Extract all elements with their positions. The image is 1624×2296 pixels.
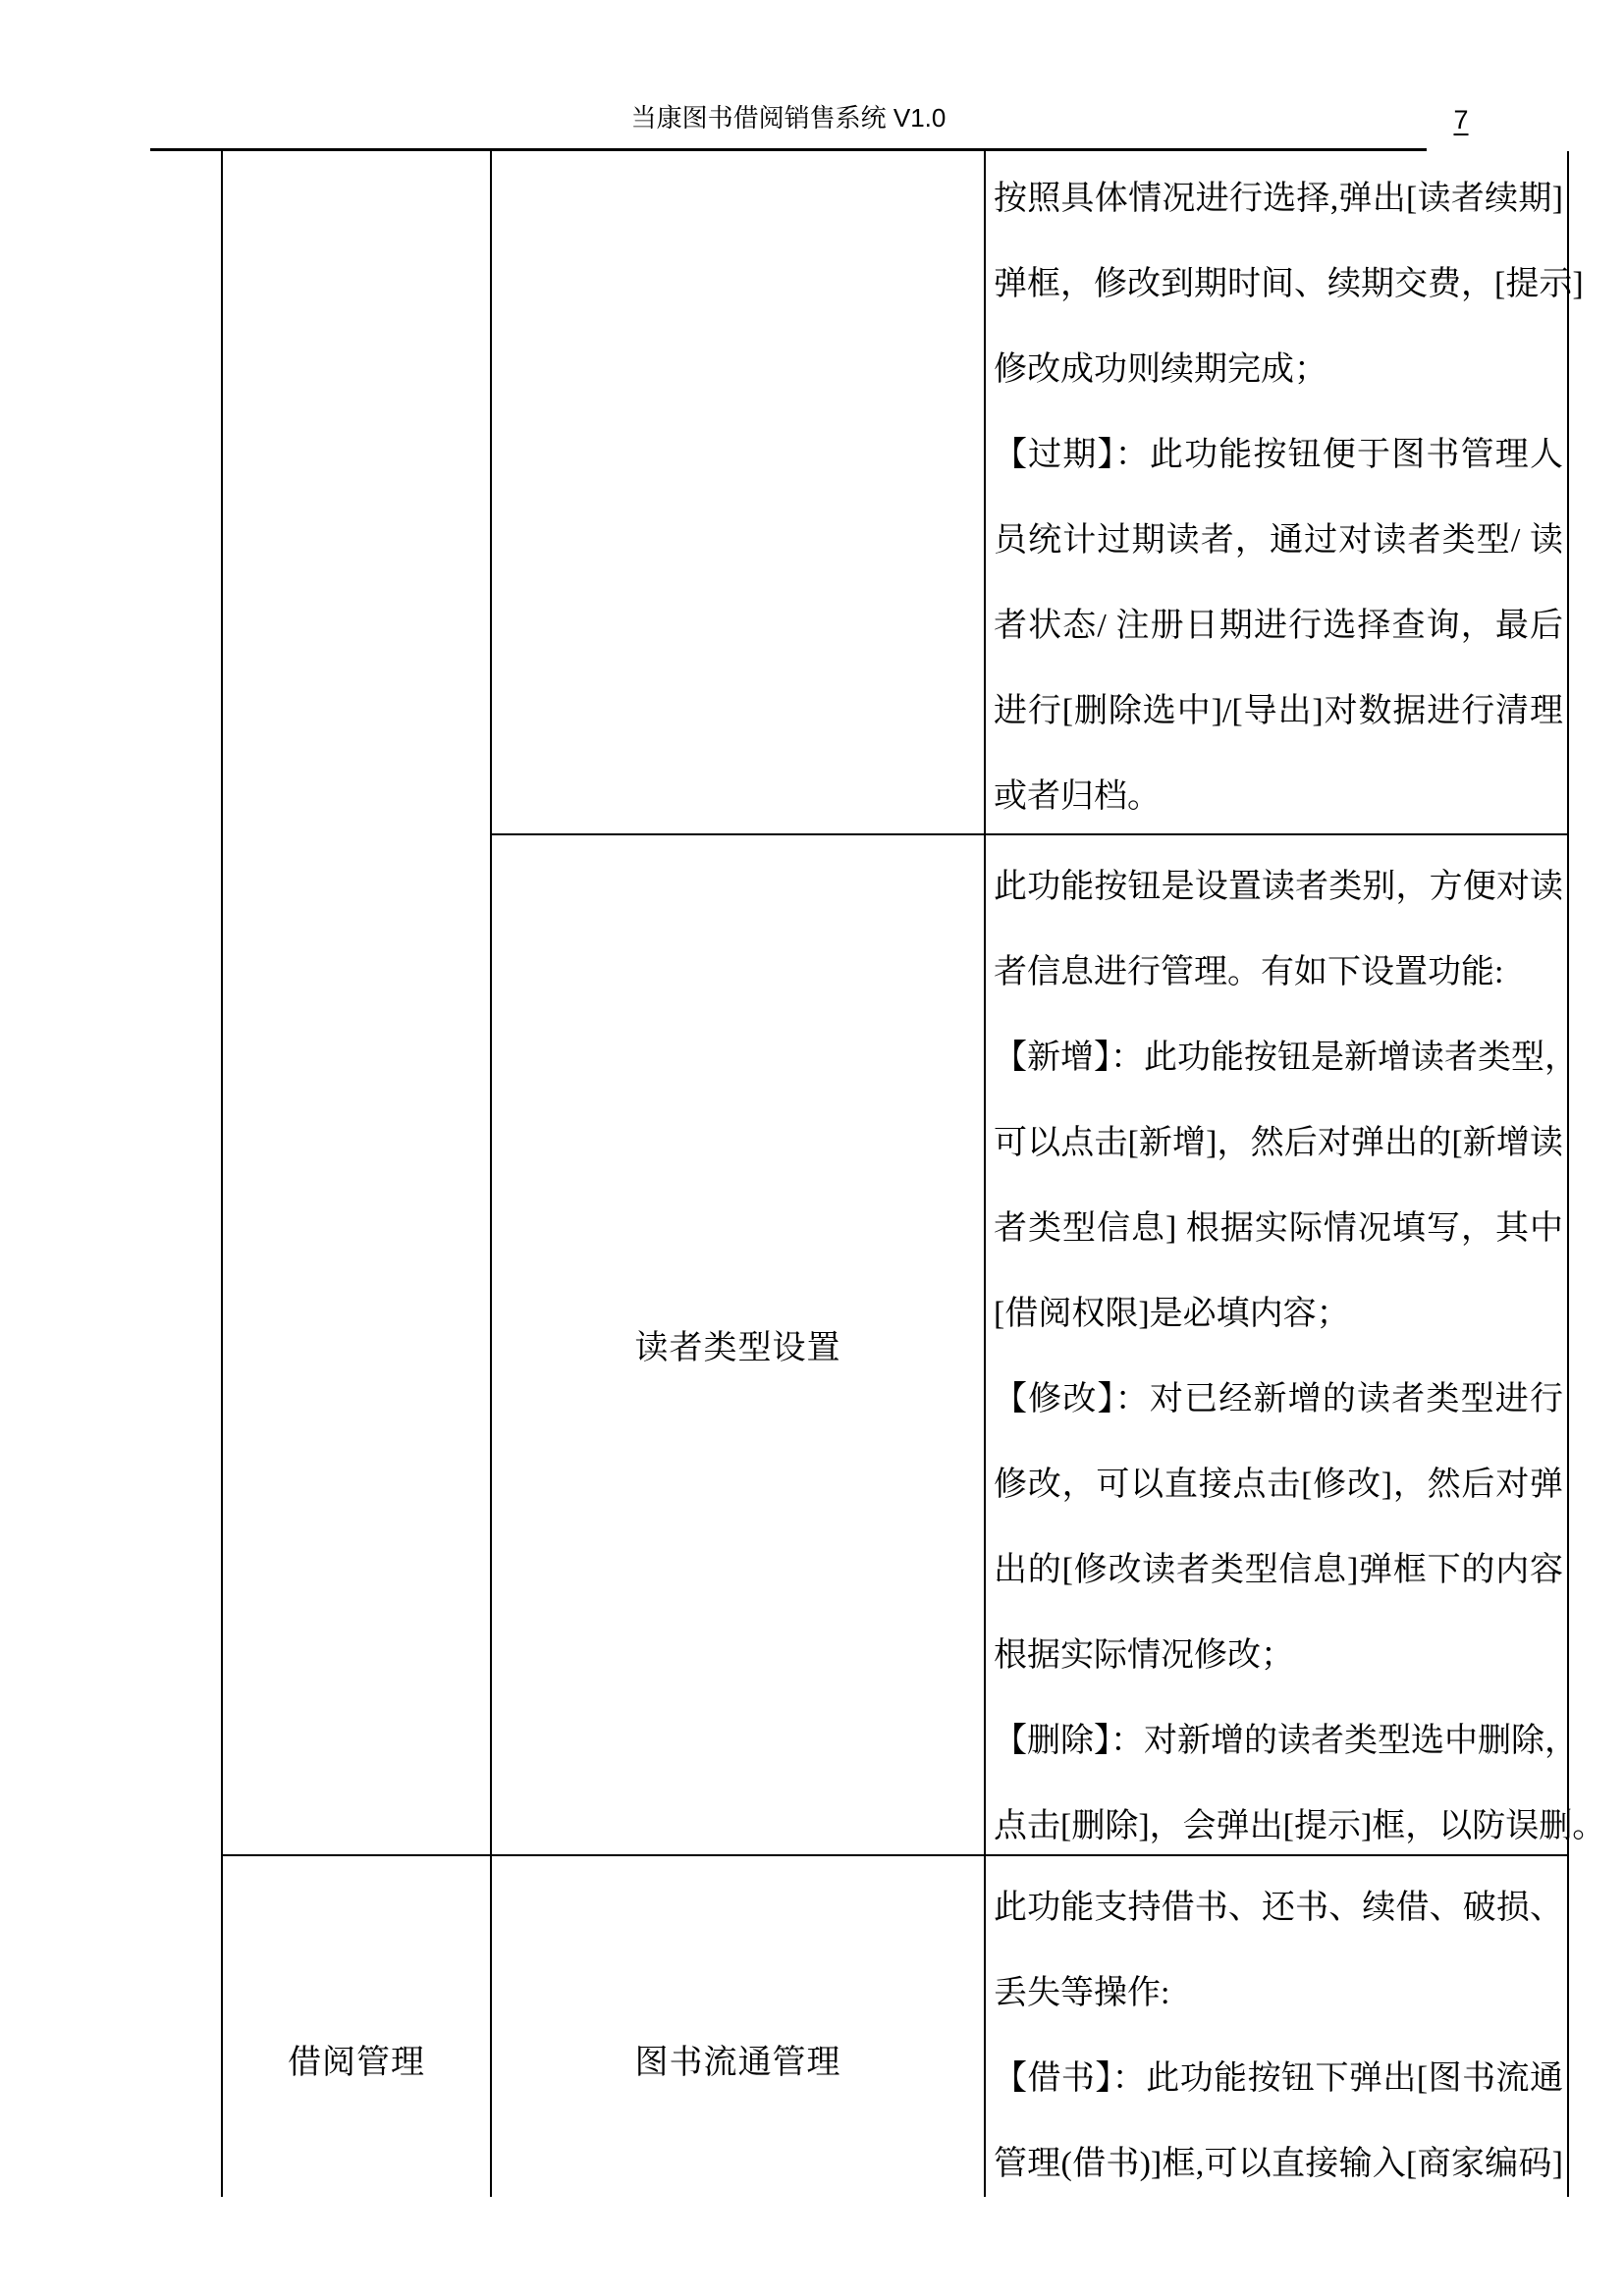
cell-description-row3: 此功能支持借书、还书、续借、破损、丢失等操作:【借书】：此功能按钮下弹出[图书流… [994, 1865, 1563, 2207]
description-line: 【过期】：此功能按钮便于图书管理人 [994, 412, 1563, 498]
page-number: 7 [1443, 100, 1479, 139]
header-title: 当康图书借阅销售系统 V1.0 [150, 98, 1427, 137]
description-line: 点击[删除]，会弹出[提示]框，以防误删。 [994, 1784, 1563, 1869]
table-border-col3 [984, 151, 986, 2197]
description-line: 【修改】：对已经新增的读者类型进行 [994, 1357, 1563, 1442]
description-line: 根据实际情况修改； [994, 1613, 1563, 1698]
description-line: 者类型信息] 根据实际情况填写，其中 [994, 1186, 1563, 1271]
description-line: 修改成功则续期完成； [994, 327, 1563, 412]
cell-submodule-reader-type-settings: 读者类型设置 [492, 833, 984, 1854]
description-line: 出的[修改读者类型信息]弹框下的内容 [994, 1527, 1563, 1613]
description-line: 【新增】：此功能按钮是新增读者类型， [994, 1015, 1563, 1100]
cell-module-borrow-management: 借阅管理 [223, 2042, 490, 2085]
description-line: 弹框，修改到期时间、续期交费，[提示] [994, 241, 1563, 327]
description-line: 管理(借书)]框,可以直接输入[商家编码] [994, 2121, 1563, 2207]
description-line: 修改，可以直接点击[修改]，然后对弹 [994, 1442, 1563, 1527]
description-line: 【借书】：此功能按钮下弹出[图书流通 [994, 2036, 1563, 2121]
description-line: 进行[删除选中]/[导出]对数据进行清理 [994, 668, 1563, 754]
description-line: 丢失等操作: [994, 1950, 1563, 2036]
description-line: 可以点击[新增]，然后对弹出的[新增读 [994, 1100, 1563, 1186]
description-line: 此功能按钮是设置读者类别，方便对读 [994, 844, 1563, 930]
cell-description-row1: 按照具体情况进行选择,弹出[读者续期]弹框，修改到期时间、续期交费，[提示]修改… [994, 156, 1563, 839]
description-line: 按照具体情况进行选择,弹出[读者续期] [994, 156, 1563, 241]
description-line: 者信息进行管理。有如下设置功能: [994, 930, 1563, 1015]
header-rule [150, 148, 1427, 151]
table-border-right [1567, 151, 1569, 2197]
description-line: 或者归档。 [994, 754, 1563, 839]
description-line: [借阅权限]是必填内容； [994, 1271, 1563, 1357]
description-line: 此功能支持借书、还书、续借、破损、 [994, 1865, 1563, 1950]
description-line: 员统计过期读者，通过对读者类型/ 读 [994, 498, 1563, 583]
document-page: 当康图书借阅销售系统 V1.0 7 读者类型设置 借阅管理 图书流通管理 按照具… [0, 0, 1624, 2296]
cell-submodule-book-circulation-management: 图书流通管理 [492, 2042, 984, 2085]
table-border-left [221, 151, 223, 2197]
description-line: 【删除】：对新增的读者类型选中删除， [994, 1698, 1563, 1784]
cell-description-row2: 此功能按钮是设置读者类别，方便对读者信息进行管理。有如下设置功能:【新增】：此功… [994, 844, 1563, 1869]
description-line: 者状态/ 注册日期进行选择查询，最后 [994, 583, 1563, 668]
